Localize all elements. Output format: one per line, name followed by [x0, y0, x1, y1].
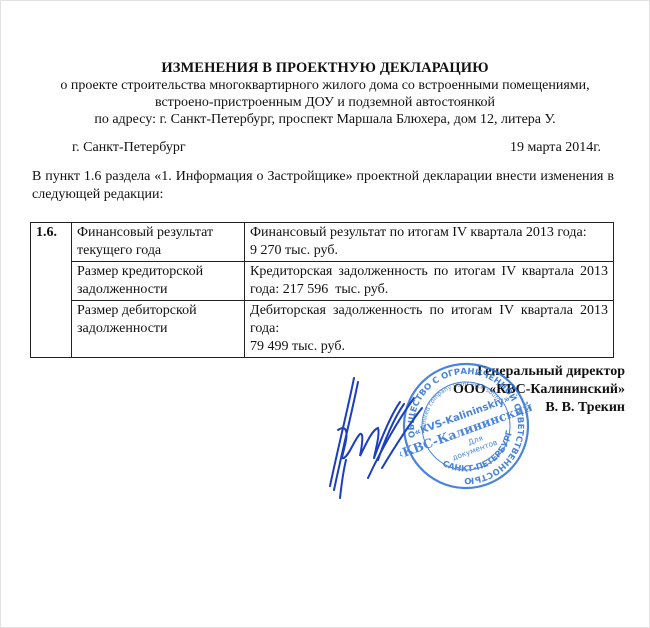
row-value: Финансовый результат по итогам IV кварта…: [245, 223, 614, 262]
table-row: Размер кредиторскойзадолженности Кредито…: [31, 262, 614, 301]
subtitle-line-3: по адресу: г. Санкт-Петербург, проспект …: [0, 112, 650, 128]
subtitle-line-1: о проекте строительства многоквартирного…: [0, 78, 650, 94]
intro-paragraph: В пункт 1.6 раздела «1. Информация о Зас…: [32, 168, 614, 204]
row-value: Кредиторская задолженность по итогам IV …: [245, 262, 614, 301]
section-number: 1.6.: [31, 223, 72, 358]
document-date: 19 марта 2014г.: [510, 140, 601, 156]
document-city: г. Санкт-Петербург: [72, 140, 186, 156]
row-label: Размер дебиторскойзадолженности: [72, 301, 245, 358]
subtitle-line-2: встроено-пристроенным ДОУ и подземной ав…: [0, 95, 650, 111]
signature-icon: [318, 368, 428, 508]
declaration-table: 1.6. Финансовый результаттекущего года Ф…: [30, 222, 614, 358]
document-title: ИЗМЕНЕНИЯ В ПРОЕКТНУЮ ДЕКЛАРАЦИЮ: [0, 60, 650, 77]
row-value: Дебиторская задолженность по итогам IV к…: [245, 301, 614, 358]
table-row: Размер дебиторскойзадолженности Дебиторс…: [31, 301, 614, 358]
row-label: Финансовый результаттекущего года: [72, 223, 245, 262]
row-label: Размер кредиторскойзадолженности: [72, 262, 245, 301]
table-row: 1.6. Финансовый результаттекущего года Ф…: [31, 223, 614, 262]
